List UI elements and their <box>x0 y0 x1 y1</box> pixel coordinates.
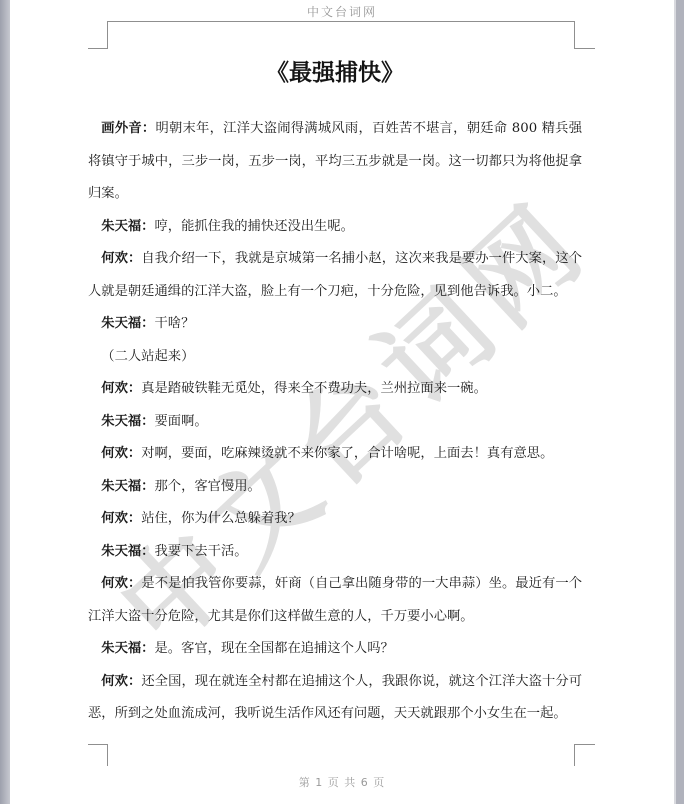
dialogue-text: 明朝末年，江洋大盗闹得满城风雨，百姓苦不堪言，朝廷命 800 精兵强将镇守于城中… <box>88 121 582 201</box>
page-footer: 第 1 页 共 6 页 <box>10 774 674 790</box>
script-paragraph: 何欢：还全国，现在就连全村都在追捕这个人，我跟你说，就这个江洋大盗十分可恶，所到… <box>88 666 582 731</box>
dialogue-text: 还全国，现在就连全村都在追捕这个人，我跟你说，就这个江洋大盗十分可恶，所到之处血… <box>88 674 582 722</box>
corner-mark-top-left <box>88 21 108 49</box>
script-paragraph: （二人站起来） <box>88 341 582 374</box>
corner-mark-bottom-left <box>88 744 108 766</box>
script-body: 画外音：明朝末年，江洋大盗闹得满城风雨，百姓苦不堪言，朝廷命 800 精兵强将镇… <box>88 113 582 731</box>
dialogue-text: 是不是怕我管你要蒜，奸商（自己拿出随身带的一大串蒜）坐。最近有一个江洋大盗十分危… <box>88 576 582 624</box>
document-viewer: 中文台词网 中文台词网 《最强捕快》 画外音：明朝末年，江洋大盗闹得满城风雨，百… <box>0 0 684 804</box>
dialogue-text: 是。客官，现在全国都在追捕这个人吗？ <box>154 641 393 656</box>
script-paragraph: 何欢：站住，你为什么总躲着我？ <box>88 503 582 536</box>
script-paragraph: 朱天福：要面啊。 <box>88 406 582 439</box>
dialogue-text: 真是踏破铁鞋无觅处，得来全不费功夫，兰州拉面来一碗。 <box>141 381 487 396</box>
speaker-name: 何欢： <box>101 251 141 266</box>
speaker-name: 朱天福： <box>101 414 154 429</box>
speaker-name: 何欢： <box>101 446 141 461</box>
script-paragraph: 朱天福：干啥？ <box>88 308 582 341</box>
speaker-name: 何欢： <box>101 674 141 689</box>
dialogue-text: 我要下去干活。 <box>154 544 247 559</box>
script-paragraph: 画外音：明朝末年，江洋大盗闹得满城风雨，百姓苦不堪言，朝廷命 800 精兵强将镇… <box>88 113 582 211</box>
speaker-name: 朱天福： <box>101 641 154 656</box>
script-paragraph: 何欢：自我介绍一下，我就是京城第一名捕小赵，这次来我是要办一件大案，这个人就是朝… <box>88 243 582 308</box>
script-paragraph: 何欢：是不是怕我管你要蒜，奸商（自己拿出随身带的一大串蒜）坐。最近有一个江洋大盗… <box>88 568 582 633</box>
dialogue-text: （二人站起来） <box>101 349 194 364</box>
script-paragraph: 何欢：真是踏破铁鞋无觅处，得来全不费功夫，兰州拉面来一碗。 <box>88 373 582 406</box>
header-rule <box>107 21 575 22</box>
corner-mark-bottom-right <box>574 744 595 766</box>
dialogue-text: 对啊，要面，吃麻辣烫就不来你家了，合计啥呢，上面去！真有意思。 <box>141 446 553 461</box>
speaker-name: 朱天福： <box>101 544 154 559</box>
speaker-name: 何欢： <box>101 511 141 526</box>
right-edge-strip <box>674 0 684 804</box>
speaker-name: 朱天福： <box>101 316 154 331</box>
document-title: 《最强捕快》 <box>88 54 582 87</box>
dialogue-text: 要面啊。 <box>154 414 207 429</box>
speaker-name: 朱天福： <box>101 219 154 234</box>
speaker-name: 朱天福： <box>101 479 154 494</box>
script-paragraph: 朱天福：哼，能抓住我的捕快还没出生呢。 <box>88 211 582 244</box>
script-paragraph: 朱天福：我要下去干活。 <box>88 536 582 569</box>
left-edge-strip <box>0 0 10 804</box>
script-paragraph: 朱天福：是。客官，现在全国都在追捕这个人吗？ <box>88 633 582 666</box>
script-paragraph: 何欢：对啊，要面，吃麻辣烫就不来你家了，合计啥呢，上面去！真有意思。 <box>88 438 582 471</box>
dialogue-text: 那个，客官慢用。 <box>154 479 260 494</box>
page-header: 中文台词网 <box>10 3 674 20</box>
speaker-name: 画外音： <box>101 121 155 136</box>
dialogue-text: 自我介绍一下，我就是京城第一名捕小赵，这次来我是要办一件大案，这个人就是朝廷通缉… <box>88 251 582 299</box>
corner-mark-top-right <box>574 21 595 49</box>
speaker-name: 何欢： <box>101 381 141 396</box>
speaker-name: 何欢： <box>101 576 141 591</box>
header-site-name: 中文台词网 <box>307 5 377 19</box>
dialogue-text: 干啥？ <box>154 316 194 331</box>
page-number-indicator: 第 1 页 共 6 页 <box>299 776 385 789</box>
dialogue-text: 哼，能抓住我的捕快还没出生呢。 <box>154 219 353 234</box>
dialogue-text: 站住，你为什么总躲着我？ <box>141 511 301 526</box>
script-paragraph: 朱天福：那个，客官慢用。 <box>88 471 582 504</box>
